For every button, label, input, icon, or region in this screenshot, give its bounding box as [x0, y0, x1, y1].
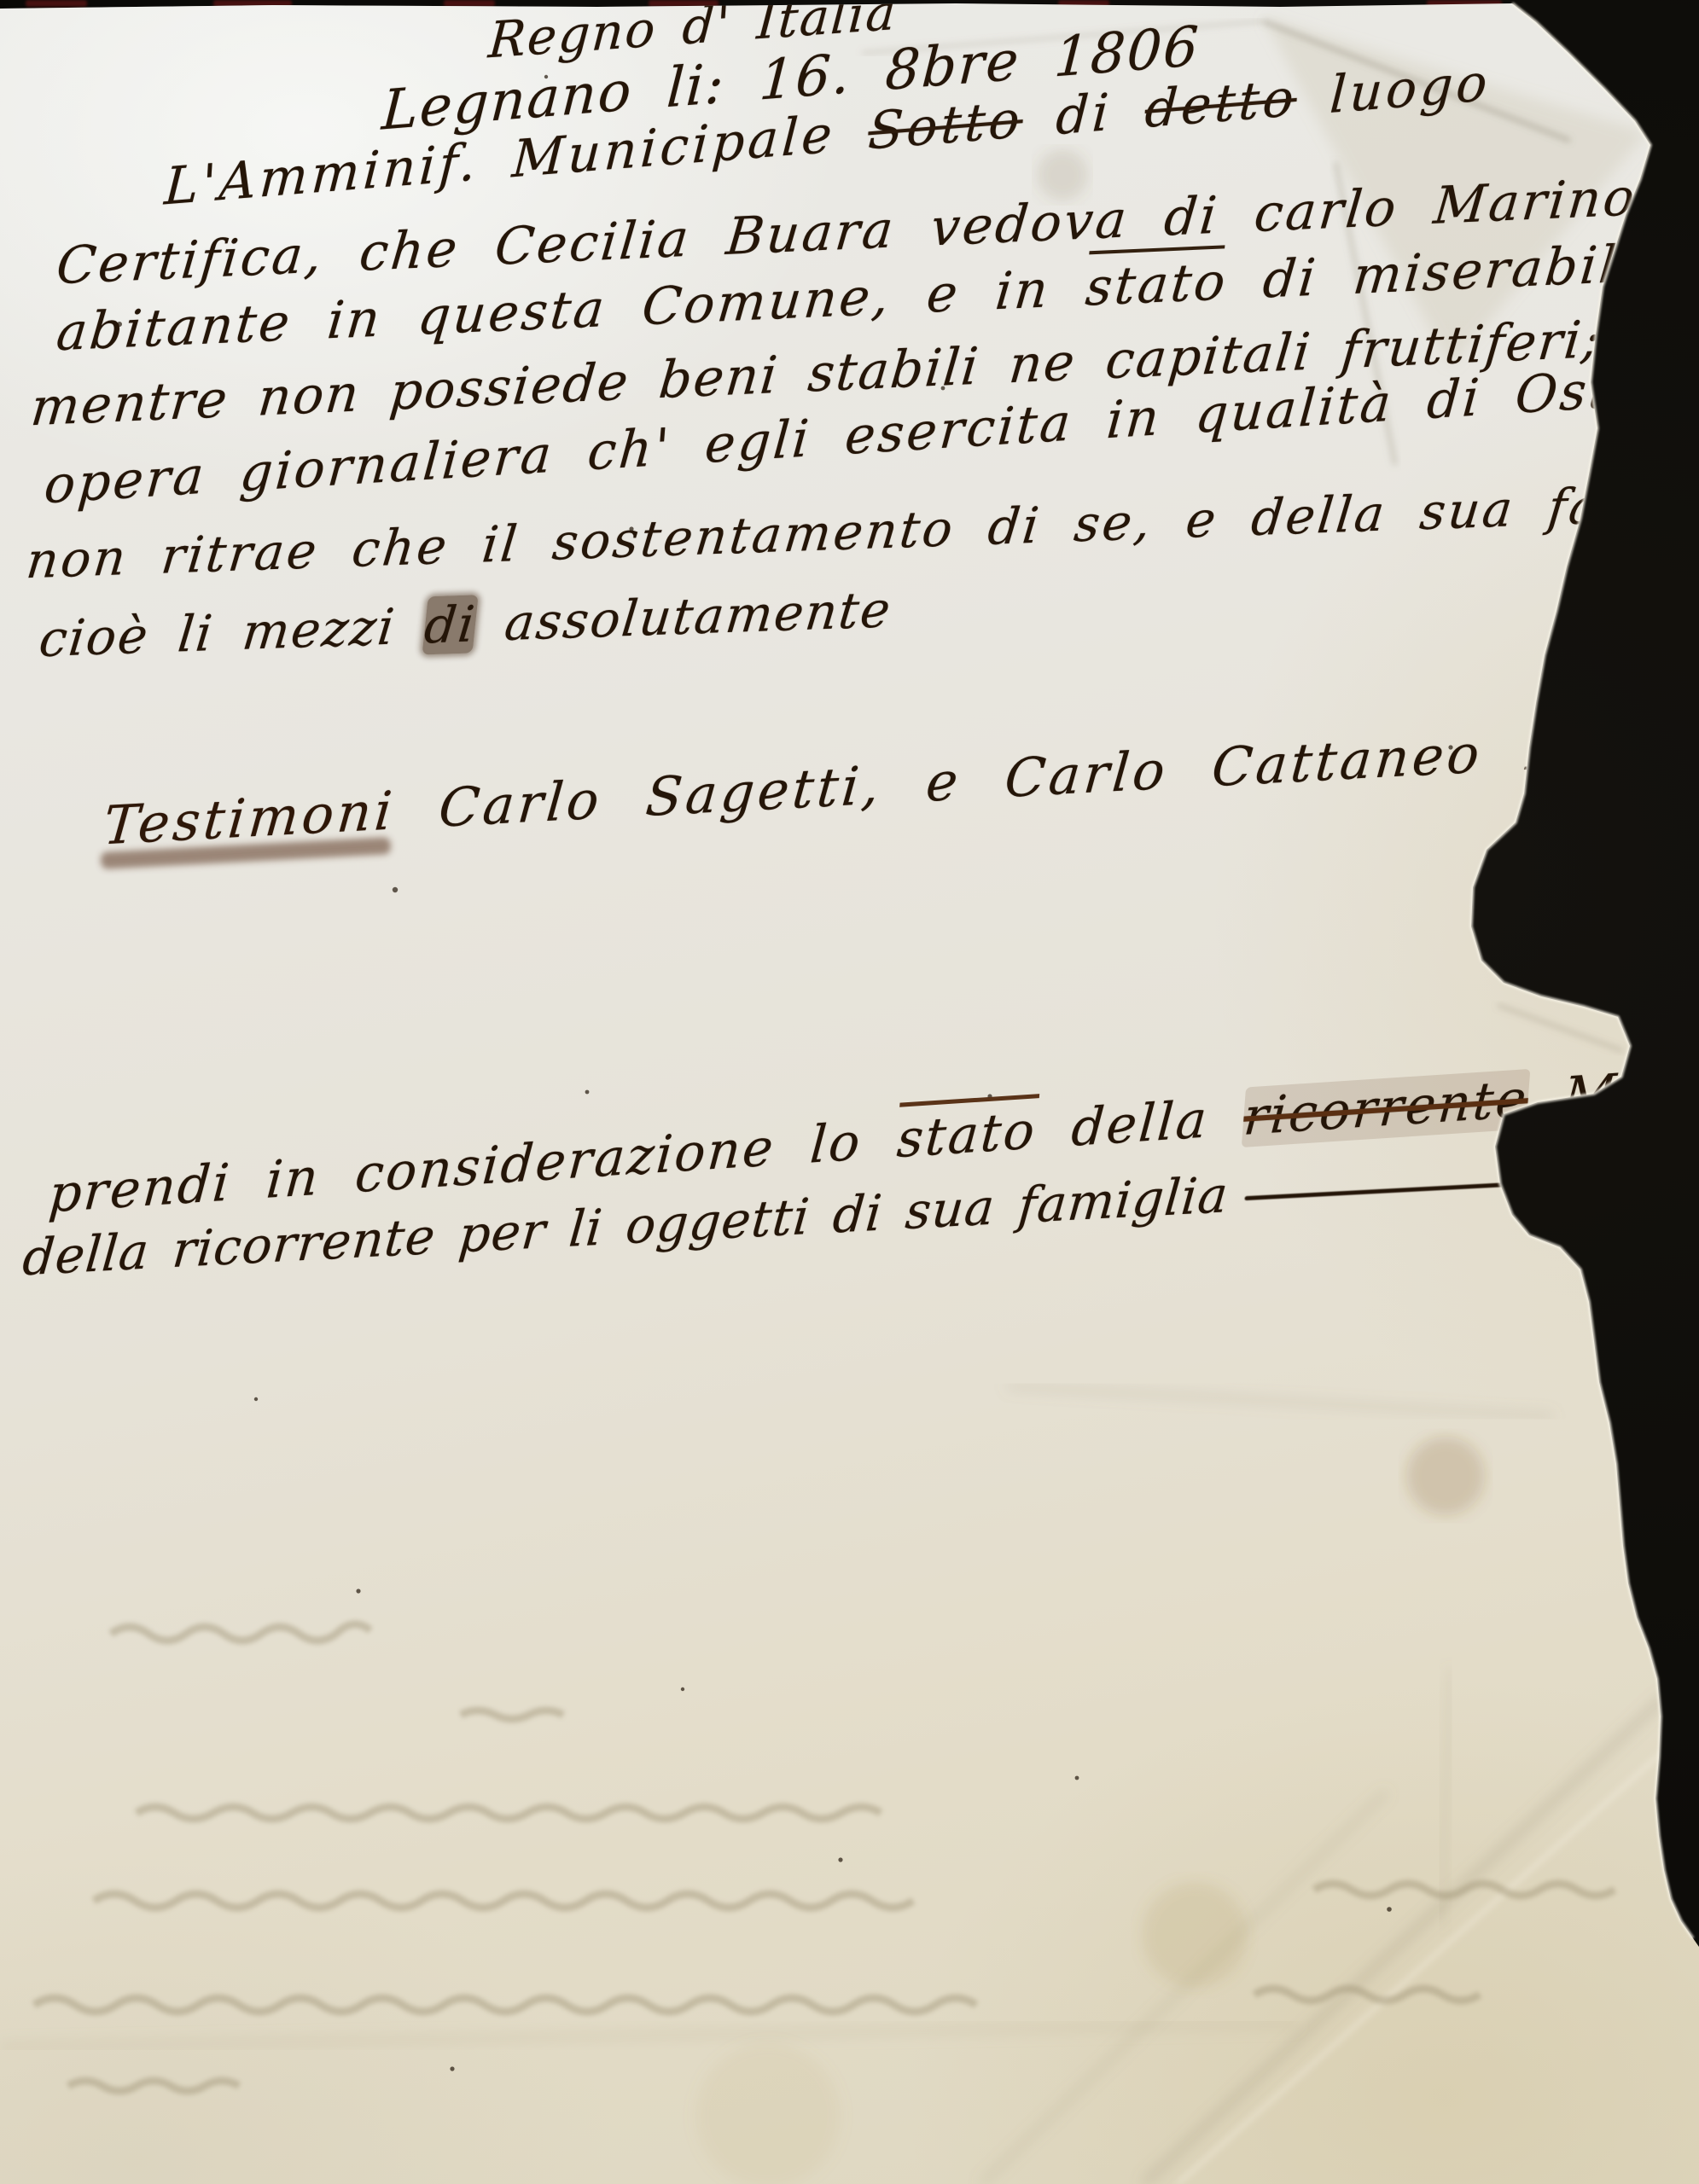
- issuer-text: luogo: [1295, 53, 1492, 128]
- issuer-text: di: [1021, 80, 1147, 150]
- body-line-6: cioè li mezzi di assolutamente: [37, 580, 895, 668]
- struck-word-detto: detto: [1143, 68, 1299, 141]
- bleed-through-marks: [34, 1624, 1615, 2091]
- annotation-text: della: [1034, 1087, 1247, 1160]
- manuscript-sheet: Regno d' Italia Legnano li: 16. 8bre 180…: [0, 0, 1699, 2184]
- red-edge-smudge: [26, 0, 87, 7]
- overlined-word-stato: stato: [895, 1094, 1039, 1170]
- smudged-word-di: di: [422, 595, 479, 654]
- body-text: cioè li mezzi: [37, 596, 428, 668]
- overlined-word-stato: stato: [1083, 245, 1231, 318]
- red-edge-smudge: [444, 0, 495, 7]
- struck-word-sotto: Sotto: [866, 90, 1024, 162]
- witnesses-text: Carlo Sagetti, e Carlo Cattaneo Preposto: [393, 706, 1699, 841]
- flourish-dash: [1245, 1182, 1527, 1200]
- witnesses-line: Testimoni Carlo Sagetti, e Carlo Cattane…: [102, 706, 1699, 857]
- photo-of-manuscript: { "document": { "description_label": "Ha…: [0, 0, 1699, 2184]
- body-text: assolutamente: [473, 580, 894, 653]
- struck-word-ricorrente: ricorrente: [1242, 1069, 1530, 1147]
